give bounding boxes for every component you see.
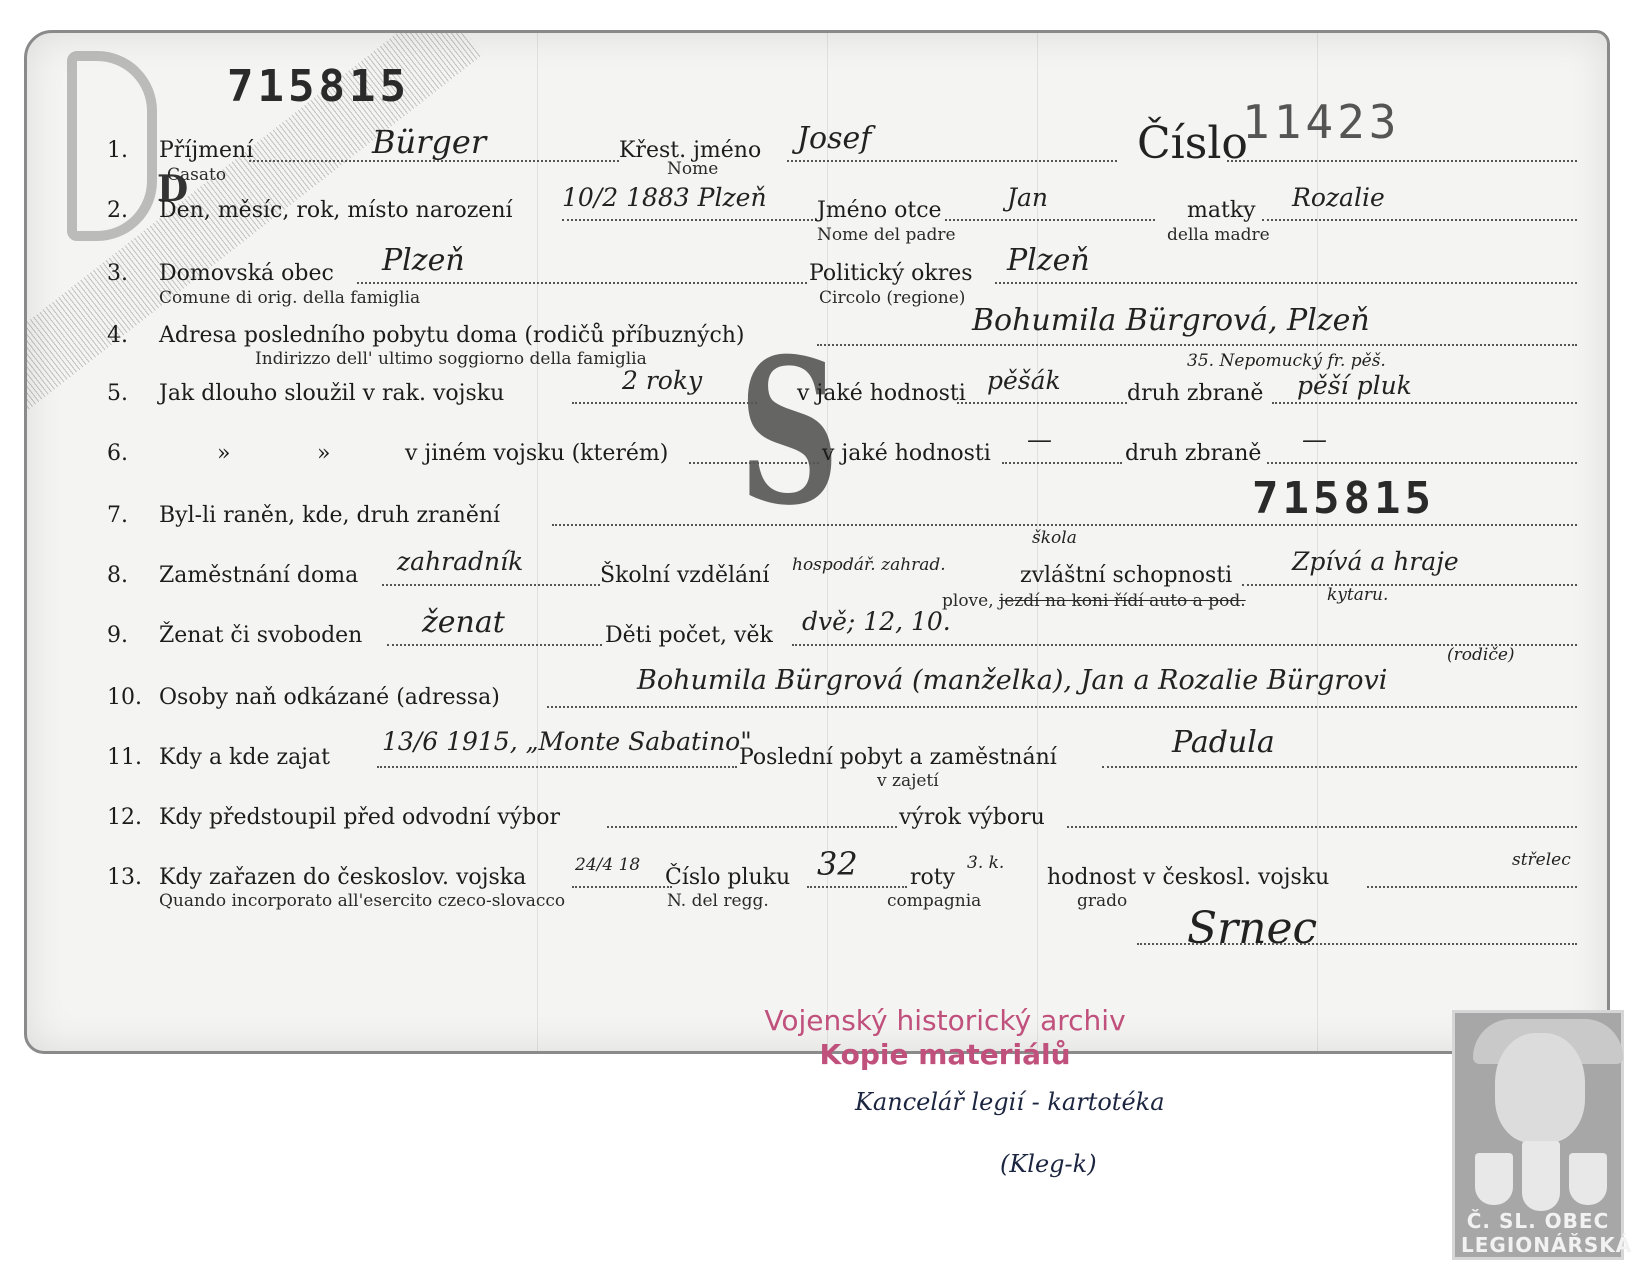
children-value: dvě; 12, 10. [802,607,951,636]
coat-of-arms-icon [1569,1153,1607,1205]
service-length-label: Jak dlouho sloužil v rak. vojsku [159,381,504,406]
row-number: 2. [107,198,128,223]
dependents-value: Bohumila Bürgrová (manželka), Jan a Roza… [637,665,1387,696]
dependents-note: (rodiče) [1447,645,1515,665]
education-value: hospodář. zahrad. [792,555,946,575]
arm-value: pěší pluk [1297,371,1412,400]
surname-label: Příjmení [159,138,253,163]
father-sublabel: Nome del padre [817,225,956,245]
rank-value: pěšák [987,366,1061,395]
row-number: 5. [107,381,128,406]
marital-label: Ženat či svoboden [159,623,362,648]
row-number: 3. [107,261,128,286]
mother-line [1262,219,1577,221]
row-number: 11. [107,745,142,770]
archive-note-code: (Kleg-k) [1000,1150,1097,1178]
father-line [945,219,1155,221]
father-label: Jméno otce [817,198,942,223]
special-skills-value-bottom: kytaru. [1327,585,1388,605]
dependents-label: Osoby naň odkázané (adressa) [159,685,500,710]
special-skills-label: zvláštní schopnosti [1020,563,1232,588]
last-stay-sublabel: v zajetí [877,771,939,791]
coat-of-arms-icon [1475,1153,1513,1205]
home-town-sublabel: Comune di orig. della famiglia [159,288,420,308]
birth-label: Den, měsíc, rok, místo narození [159,198,513,223]
cs-rank-value: střelec [1512,850,1571,870]
district-line [995,282,1577,284]
cislo-line [1227,160,1577,162]
marital-line [387,644,602,646]
district-value: Plzeň [1007,243,1090,278]
occupation-line [382,584,600,586]
verdict-label: výrok výboru [899,805,1045,830]
enlisted-label: Kdy zařazen do českoslov. vojska [159,865,526,890]
row-number: 4. [107,323,128,348]
last-stay-line [1102,766,1577,768]
district-label: Politický okres [809,261,973,286]
district-sublabel: Circolo (regione) [819,288,965,308]
cs-rank-label: hodnost v českosl. vojsku [1047,865,1329,890]
arm-line [1272,402,1577,404]
legion-logo: Č. SL. OBEC LEGIONÁŘSKÁ [1452,1010,1624,1260]
surname-value: Bürger [372,123,486,161]
mother-value: Rozalie [1292,183,1385,212]
mother-label: matky [1187,198,1256,223]
ditto-mark: » [317,441,330,466]
last-address-label: Adresa posledního pobytu doma (rodičů př… [159,323,745,348]
special-skills-value: Zpívá a hraje [1292,547,1459,576]
other-arm-value: — [1302,425,1327,454]
captured-label: Kdy a kde zajat [159,745,330,770]
other-army-label: v jiném vojsku (kterém) [405,441,668,466]
logo-line1: Č. SL. OBEC [1461,1209,1615,1233]
given-name-sublabel: Nome [667,159,718,179]
home-town-line [357,282,807,284]
special-skills-line [1242,584,1577,586]
regiment-value: 32 [817,845,858,883]
row-number: 9. [107,623,128,648]
regiment-sublabel: N. del regg. [667,891,769,911]
regiment-line [807,886,907,888]
company-value: 3. k. [967,853,1004,873]
company-sublabel: compagnia [887,891,981,911]
row-number: 8. [107,563,128,588]
verdict-line [1067,826,1577,828]
last-address-sublabel: Indirizzo dell' ultimo soggiorno della f… [255,349,647,369]
archive-note: Kancelář legií - kartotéka [855,1088,1165,1116]
archive-stamp: Vojenský historický archiv Kopie materiá… [745,1004,1145,1072]
cislo-value: 11423 [1242,95,1400,149]
other-rank-label: v jaké hodnosti [822,441,991,466]
arm-value-top: 35. Nepomucký fr. pěš. [1187,351,1386,371]
company-label: roty [910,865,955,890]
rank-line [957,402,1127,404]
captured-value: 13/6 1915, „Monte Sabatino" [382,727,752,756]
row-number: 6. [107,441,128,466]
birth-value: 10/2 1883 Plzeň [562,183,767,212]
last-stay-value: Padula [1172,725,1275,760]
logo-line2: LEGIONÁŘSKÁ [1461,1233,1615,1257]
last-stay-label: Poslední pobyt a zaměstnání [739,745,1057,770]
birth-line [562,219,817,221]
captured-line [377,766,737,768]
skills-sublabel-struck: jezdí na koni řídí auto a pod. [999,591,1246,611]
rank-label: v jaké hodnosti [797,381,966,406]
surname-sublabel: Casato [167,165,226,185]
service-length-line [572,402,757,404]
last-address-line [817,344,1577,346]
mother-sublabel: della madre [1167,225,1270,245]
other-arm-label: druh zbraně [1125,441,1261,466]
education-label: Školní vzdělání [600,563,769,588]
other-arm-line [1267,462,1577,464]
coat-of-arms-icon [1522,1141,1560,1211]
home-town-value: Plzeň [382,243,465,278]
row-number: 7. [107,503,128,528]
top-stamp-number: 715815 [227,61,410,112]
ditto-mark: » [217,441,230,466]
cs-rank-line [1367,886,1577,888]
cs-rank-sublabel: grado [1077,891,1127,911]
signature: Srnec [1187,903,1317,954]
registration-card: D 715815 Číslo 11423 S 1. Příjmení Casat… [24,30,1610,1054]
given-name-value: Josef [797,121,871,156]
father-value: Jan [1007,183,1048,212]
enlisted-value: 24/4 18 [575,855,640,875]
committee-label: Kdy předstoupil před odvodní výbor [159,805,560,830]
mid-stamp-number: 715815 [1252,473,1435,524]
children-label: Děti počet, věk [605,623,773,648]
other-army-line [689,462,819,464]
dependents-line [547,706,1577,708]
row-number: 1. [107,138,128,163]
other-rank-value: — [1027,425,1052,454]
home-town-label: Domovská obec [159,261,334,286]
archive-stamp-line1: Vojenský historický archiv [745,1004,1145,1038]
signature-line [1137,943,1577,945]
soldier-face-icon [1495,1033,1585,1143]
large-s-stamp: S [739,333,840,533]
wounded-line [552,524,1577,526]
archive-stamp-line2: Kopie materiálů [745,1038,1145,1072]
marital-value: ženat [422,605,505,640]
education-value-top: škola [1032,528,1077,548]
committee-line [607,826,897,828]
arm-label: druh zbraně [1127,381,1263,406]
row-number: 13. [107,865,142,890]
row-number: 12. [107,805,142,830]
last-address-value: Bohumila Bürgrová, Plzeň [972,303,1370,338]
row-number: 10. [107,685,142,710]
wounded-label: Byl-li raněn, kde, druh zranění [159,503,500,528]
given-name-line [787,160,1117,162]
enlisted-line [572,886,672,888]
service-length-value: 2 roky [622,366,702,395]
occupation-value: zahradník [397,547,523,576]
regiment-label: Číslo pluku [665,865,790,890]
enlisted-sublabel: Quando incorporato all'esercito czeco-sl… [159,891,565,911]
occupation-label: Zaměstnání doma [159,563,358,588]
other-rank-line [1002,462,1122,464]
